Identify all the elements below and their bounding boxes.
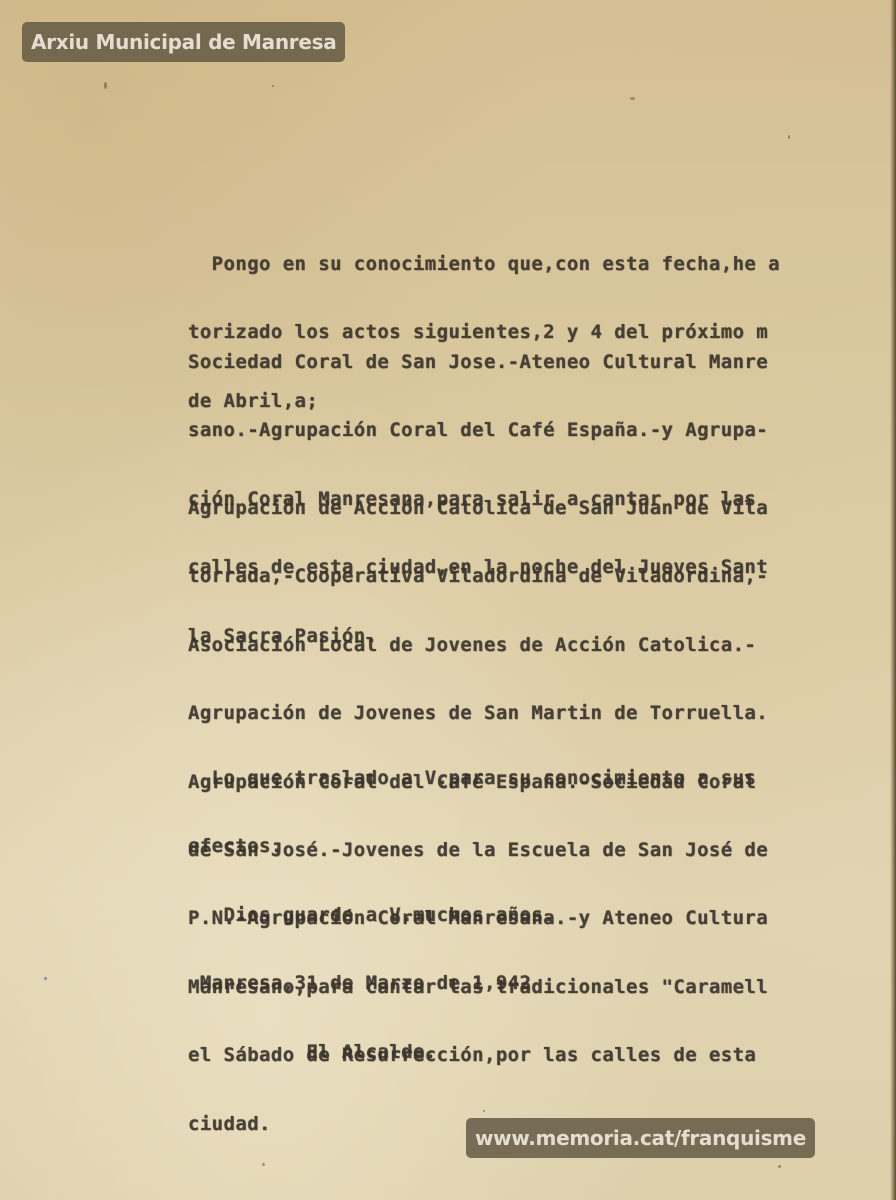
- text-line: Sociedad Coral de San Jose.-Ateneo Cultu…: [188, 350, 896, 374]
- text-line: Dios guarde a V.muchos años.: [188, 903, 896, 927]
- paper-speck: [778, 1165, 781, 1168]
- signature-line: El Alcalde.: [188, 1040, 896, 1064]
- paper-speck: [44, 977, 47, 980]
- website-watermark: www.memoria.cat/franquisme: [466, 1118, 815, 1158]
- paper-speck: [262, 1163, 265, 1166]
- paper-speck: [104, 82, 107, 89]
- text-line: torrada,-Cooperativa Viladordina de Vila…: [188, 564, 896, 588]
- paper-speck: [630, 97, 635, 100]
- paper-speck: [272, 85, 274, 87]
- text-line: Lo que traslado a V.para su conocimiento…: [188, 766, 896, 790]
- letter-closing: Lo que traslado a V.para su conocimiento…: [188, 722, 896, 1086]
- text-line: Pongo en su conocimiento que,con esta fe…: [188, 252, 896, 276]
- text-line: Asociación Local de Jovenes de Acción Ca…: [188, 633, 896, 657]
- archive-watermark: Arxiu Municipal de Manresa: [22, 22, 345, 62]
- paper-speck: [788, 135, 790, 139]
- date-line: Manresa,31 de Marzo de 1,942: [188, 971, 896, 995]
- text-line: sano.-Agrupación Coral del Café España.-…: [188, 418, 896, 442]
- text-line: efectos.: [188, 834, 896, 858]
- text-line: Agrupación de Acción Catolica de San Jua…: [188, 496, 896, 520]
